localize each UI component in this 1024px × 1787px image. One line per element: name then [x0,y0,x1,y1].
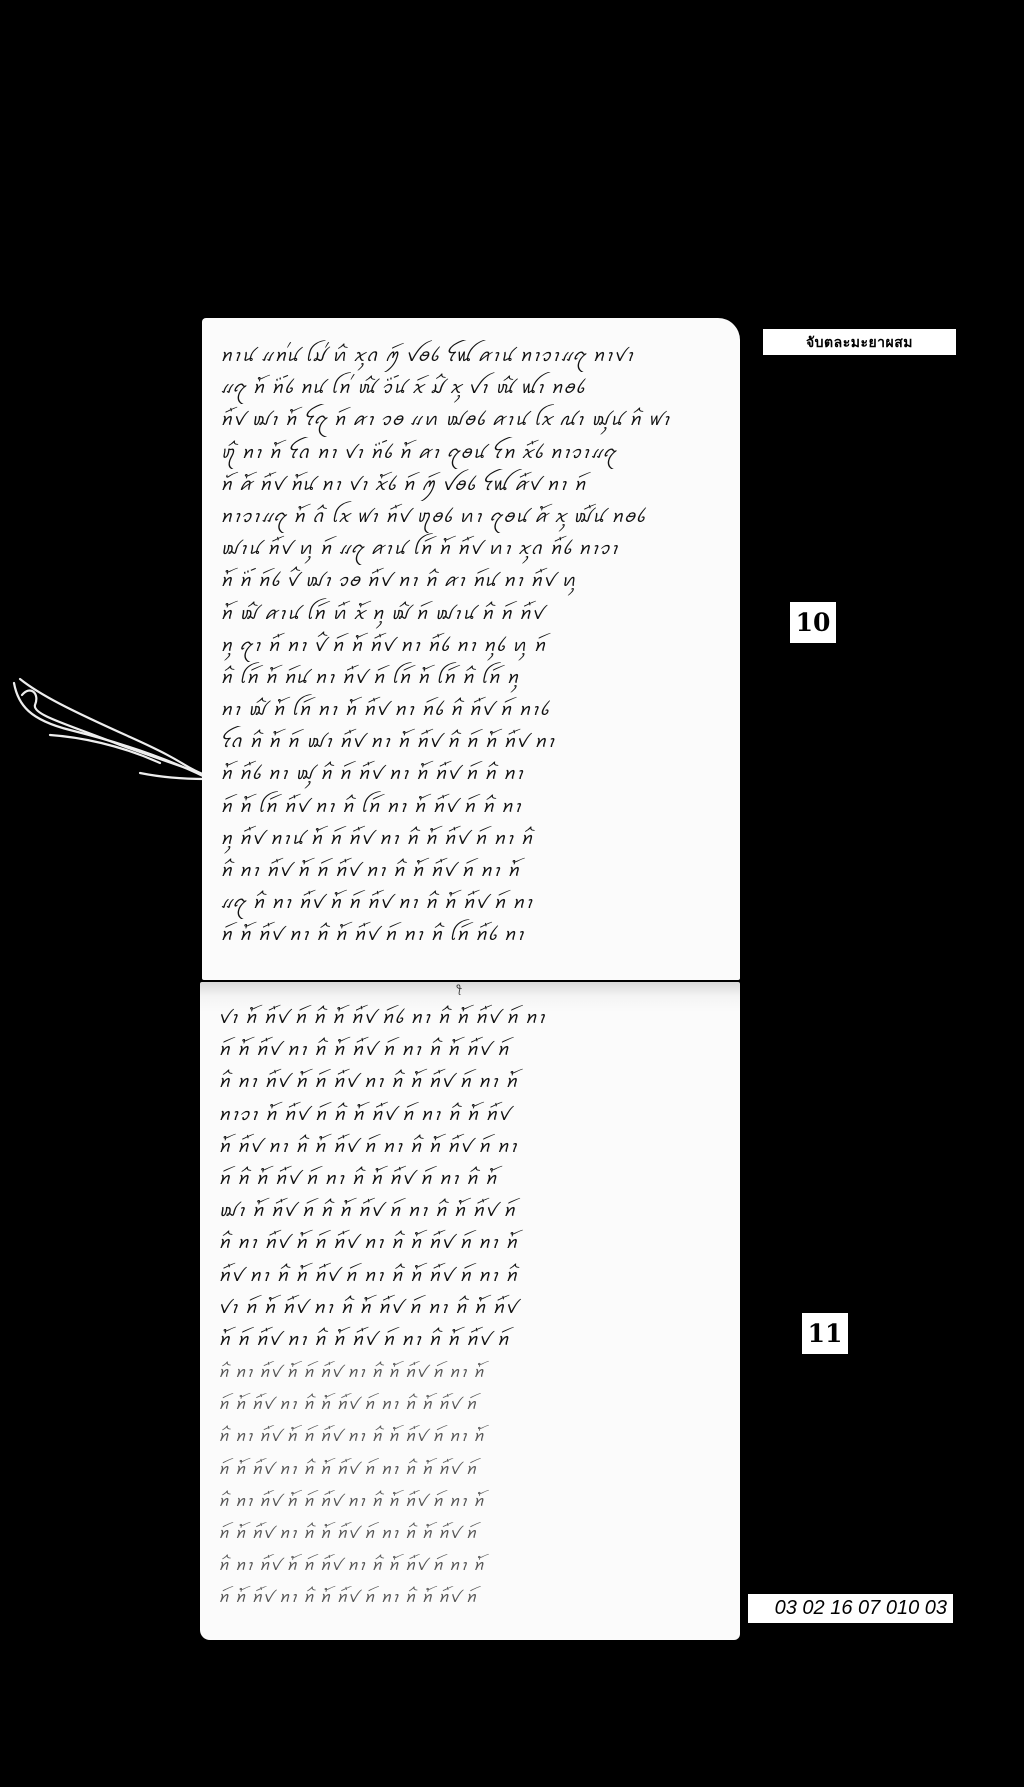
manuscript-line: ꪚꪱ ꪀꪳ ꪀꪸꪚ ꪀꪷ ꪀꪲ ꪀꪳ ꪀꪸꪚ ꪀꪷꪉ ꪀꪱ ꪀꪲ ꪀꪳ ꪀꪸꪚ … [218,1002,726,1034]
manuscript-line: ꪵꪋ ꪀꪳ ꪀꪾꪉ ꪀꪙ ꪶꪀ꪿ ꪘꪲ ꪫꪾꪙ ꪎꪷ ꪣꪲ ꪎꪴ ꪜꪱ ꪘꪲ ꪡ… [220,372,726,404]
manuscript-line: ꪀꪸꪚ ꪢꪱ ꪀꪳ ꪼꪋ ꪀꪷ ꪁꪱ ꪫꪮ ꪵꪕ ꪢꪮꪉ ꪁꪱꪙ ꪶꪎ ꪄꪱ ꪢ… [220,404,726,436]
manuscript-line: ꪀꪳ ꪢꪲ ꪁꪱꪙ ꪶꪀꪷ ꪕꪸ ꪎꪳ ꪀꪴ ꪢꪲ ꪀꪷ ꪢꪱꪙ ꪀꪲ ꪀꪷ ꪀ… [220,598,726,630]
manuscript-line: ꪀꪷ ꪀꪳ ꪀꪸꪚ ꪀꪱ ꪀꪲ ꪀꪳ ꪀꪸꪚ ꪀꪷ ꪀꪱ ꪀꪲ ꪀꪳ ꪀꪸꪚ ꪀ… [218,1388,726,1420]
manuscript-line: ꪀꪷ ꪀꪳ ꪀꪸꪚ ꪀꪱ ꪀꪲ ꪀꪳ ꪀꪸꪚ ꪀꪷ ꪀꪱ ꪀꪲ ꪀꪳ ꪀꪸꪚ ꪀ… [218,1517,726,1549]
folio-number-bottom: 11 [802,1313,848,1354]
manuscript-line: ꪀꪲ ꪀꪱ ꪀꪸꪚ ꪀꪳ ꪀꪷ ꪀꪸꪚ ꪀꪱ ꪀꪲ ꪀꪳ ꪀꪸꪚ ꪀꪷ ꪀꪱ ꪀ… [218,1420,726,1452]
manuscript-line: ꪼꪒ ꪀꪲ ꪀꪳ ꪀꪷ ꪢꪱ ꪀꪸꪚ ꪀꪱ ꪀꪳ ꪀꪸꪚ ꪀꪲ ꪀꪷ ꪀꪳ ꪀꪸ… [220,726,726,758]
folio-bottom-text-block: ꪚꪱ ꪀꪳ ꪀꪸꪚ ꪀꪷ ꪀꪲ ꪀꪳ ꪀꪸꪚ ꪀꪷꪉ ꪀꪱ ꪀꪲ ꪀꪳ ꪀꪸꪚ … [218,1002,726,1614]
manuscript-line: ꪀꪲ ꪀꪱ ꪀꪸꪚ ꪀꪳ ꪀꪷ ꪀꪸꪚ ꪀꪱ ꪀꪲ ꪀꪳ ꪀꪸꪚ ꪀꪷ ꪀꪱ ꪀ… [218,1066,726,1098]
manuscript-line: ꪀꪷ ꪀꪳ ꪶꪀꪷ ꪀꪸꪚ ꪀꪱ ꪀꪲ ꪶꪀꪷ ꪀꪱ ꪀꪳ ꪀꪸꪚ ꪀꪷ ꪀꪲ … [220,791,726,823]
manuscript-line: ꪢꪱꪙ ꪀꪸꪚ ꪕꪴ ꪀꪷ ꪵꪋ ꪁꪱꪙ ꪶꪀꪷ ꪀꪳ ꪀꪸꪚ ꪕꪱ ꪎꪴꪒ ꪀ… [220,533,726,565]
manuscript-line: ꪀꪸꪚ ꪀꪱ ꪀꪲ ꪀꪳ ꪀꪸꪚ ꪀꪷ ꪀꪱ ꪀꪲ ꪀꪳ ꪀꪸꪚ ꪀꪷ ꪀꪱ ꪀ… [218,1260,726,1292]
manuscript-line: ꪀꪴ ꪀꪸꪚ ꪀꪱꪙ ꪀꪳ ꪀꪷ ꪀꪸꪚ ꪀꪱ ꪀꪲ ꪀꪳ ꪀꪸꪚ ꪀꪷ ꪀꪱ … [220,823,726,855]
manuscript-line: ꪀꪴ ꪋꪱ ꪀꪸ ꪀꪱ ꪚꪲ ꪀꪷ ꪀꪳ ꪀꪸꪚ ꪀꪱ ꪀꪸꪉ ꪀꪱ ꪀꪴꪉ ꪕ… [220,630,726,662]
manuscript-line: ꪀꪳ ꪀꪸꪚ ꪀꪱ ꪀꪲ ꪀꪳ ꪀꪸꪚ ꪀꪷ ꪀꪱ ꪀꪲ ꪀꪳ ꪀꪸꪚ ꪀꪷ ꪀ… [218,1131,726,1163]
catalog-number-label: 03 02 16 07 010 03 [748,1594,953,1623]
manuscript-line: ꪨꪲ ꪀꪱ ꪀꪳ ꪼꪒ ꪀꪱ ꪚꪱ ꪀꪾꪉ ꪀꪳ ꪁꪱ ꪋꪮꪙ ꪼꪀ ꪎꪸꪉ ꪀ… [220,437,726,469]
fold-mark: ꪻ [456,982,462,1003]
manuscript-line: ꪀꪷ ꪀꪲ ꪀꪳ ꪀꪸꪚ ꪀꪷ ꪀꪱ ꪀꪲ ꪀꪳ ꪀꪸꪚ ꪀꪷ ꪀꪱ ꪀꪲ ꪀꪳ [218,1163,726,1195]
manuscript-line: ꪀꪷ ꪀꪳ ꪀꪸꪚ ꪀꪱ ꪀꪲ ꪀꪳ ꪀꪸꪚ ꪀꪷ ꪀꪱ ꪀꪲ ꪀꪳ ꪀꪸꪚ ꪀ… [218,1453,726,1485]
manuscript-line: ꪀꪱꪫꪱ ꪀꪳ ꪀꪸꪚ ꪀꪷ ꪀꪲ ꪀꪳ ꪀꪸꪚ ꪀꪷ ꪀꪱ ꪀꪲ ꪀꪳ ꪀꪸꪚ [218,1099,726,1131]
manuscript-line: ꪀꪳ ꪀꪷ ꪀꪸꪚ ꪀꪱ ꪀꪲ ꪀꪳ ꪀꪸꪚ ꪀꪷ ꪀꪱ ꪀꪲ ꪀꪳ ꪀꪸꪚ ꪀ… [218,1324,726,1356]
manuscript-line: ꪀꪲ ꪶꪀꪷ ꪀꪳ ꪀꪷꪙ ꪀꪱ ꪀꪸꪚ ꪀꪷ ꪶꪀꪷ ꪀꪳ ꪶꪀꪷ ꪀꪲ ꪶꪀ… [220,662,726,694]
manuscript-line: ꪀꪲ ꪀꪱ ꪀꪸꪚ ꪀꪳ ꪀꪷ ꪀꪸꪚ ꪀꪱ ꪀꪲ ꪀꪳ ꪀꪸꪚ ꪀꪷ ꪀꪱ ꪀ… [218,1549,726,1581]
manuscript-line: ꪀꪱꪙ ꪵꪀ꪿ꪙ ꪶꪣ꪿ ꪕꪲ ꪎꪴꪒ ꪑꪷ ꪜꪮꪉ ꪼꪡ ꪁꪱꪙ ꪀꪱꪫꪱꪵꪋ… [220,340,726,372]
manuscript-line: ꪀꪲ ꪀꪱ ꪀꪸꪚ ꪀꪳ ꪀꪷ ꪀꪸꪚ ꪀꪱ ꪀꪲ ꪀꪳ ꪀꪸꪚ ꪀꪷ ꪀꪱ ꪀ… [220,855,726,887]
manuscript-line: ꪀꪲ ꪀꪱ ꪀꪸꪚ ꪀꪳ ꪀꪷ ꪀꪸꪚ ꪀꪱ ꪀꪲ ꪀꪳ ꪀꪸꪚ ꪀꪷ ꪀꪱ ꪀ… [218,1356,726,1388]
manuscript-line: ꪀꪰ ꪁꪳ ꪀꪸꪚ ꪀꪳꪙ ꪀꪱ ꪚꪱ ꪎꪳꪉ ꪀꪷ ꪑꪷ ꪜꪮꪉ ꪼꪡ ꪁꪸꪚ… [220,469,726,501]
manuscript-line: ꪀꪲ ꪀꪱ ꪀꪸꪚ ꪀꪳ ꪀꪷ ꪀꪸꪚ ꪀꪱ ꪀꪲ ꪀꪳ ꪀꪸꪚ ꪀꪷ ꪀꪱ ꪀ… [218,1227,726,1259]
manuscript-line: ꪵꪋ ꪀꪲ ꪀꪱ ꪀꪸꪚ ꪀꪳ ꪀꪷ ꪀꪸꪚ ꪀꪱ ꪀꪲ ꪀꪳ ꪀꪸꪚ ꪀꪷ ꪀ… [220,887,726,919]
manuscript-line: ꪀꪷ ꪀꪳ ꪀꪸꪚ ꪀꪱ ꪀꪲ ꪀꪳ ꪀꪸꪚ ꪀꪷ ꪀꪱ ꪀꪲ ꪀꪳ ꪀꪸꪚ ꪀ… [218,1581,726,1613]
manuscript-folio-top: ꪀꪱꪙ ꪵꪀ꪿ꪙ ꪶꪣ꪿ ꪕꪲ ꪎꪴꪒ ꪑꪷ ꪜꪮꪉ ꪼꪡ ꪁꪱꪙ ꪀꪱꪫꪱꪵꪋ… [202,318,740,980]
manuscript-line: ꪀꪲ ꪀꪱ ꪀꪸꪚ ꪀꪳ ꪀꪷ ꪀꪸꪚ ꪀꪱ ꪀꪲ ꪀꪳ ꪀꪸꪚ ꪀꪷ ꪀꪱ ꪀ… [218,1485,726,1517]
binding-string-icon [10,675,210,785]
manuscript-line: ꪚꪱ ꪀꪷ ꪀꪳ ꪀꪸꪚ ꪀꪱ ꪀꪲ ꪀꪳ ꪀꪸꪚ ꪀꪷ ꪀꪱ ꪀꪲ ꪀꪳ ꪀꪸ… [218,1292,726,1324]
archive-label: จับตละมะยาผสม [763,329,956,355]
folio-number-top: 10 [790,602,836,643]
manuscript-line: ꪢꪱ ꪀꪳ ꪀꪸꪚ ꪀꪷ ꪀꪲ ꪀꪳ ꪀꪸꪚ ꪀꪷ ꪀꪱ ꪀꪲ ꪀꪳ ꪀꪸꪚ ꪀ… [218,1195,726,1227]
manuscript-line: ꪀꪱ ꪢꪲ ꪀꪳ ꪶꪀꪷ ꪀꪱ ꪀꪳ ꪀꪸꪚ ꪀꪱ ꪀꪷꪉ ꪀꪲ ꪀꪸꪚ ꪀꪷ … [220,694,726,726]
manuscript-folio-bottom: ꪻ ꪚꪱ ꪀꪳ ꪀꪸꪚ ꪀꪷ ꪀꪲ ꪀꪳ ꪀꪸꪚ ꪀꪷꪉ ꪀꪱ ꪀꪲ ꪀꪳ ꪀꪸ… [200,982,740,1640]
manuscript-line: ꪀꪳ ꪀꪸꪉ ꪀꪱ ꪢꪴ ꪀꪲ ꪀꪷ ꪀꪸꪚ ꪀꪱ ꪀꪳ ꪀꪸꪚ ꪀꪷ ꪀꪲ ꪀ… [220,758,726,790]
folio-top-text-block: ꪀꪱꪙ ꪵꪀ꪿ꪙ ꪶꪣ꪿ ꪕꪲ ꪎꪴꪒ ꪑꪷ ꪜꪮꪉ ꪼꪡ ꪁꪱꪙ ꪀꪱꪫꪱꪵꪋ… [220,340,726,952]
manuscript-line: ꪀꪳ ꪀꪾ ꪀꪷꪉ ꪚꪲ ꪢꪱ ꪫꪮ ꪀꪸꪚ ꪀꪱ ꪀꪲ ꪁꪱ ꪀꪷꪙ ꪀꪱ ꪀ… [220,565,726,597]
manuscript-line: ꪀꪷ ꪀꪳ ꪀꪸꪚ ꪀꪱ ꪀꪲ ꪀꪳ ꪀꪸꪚ ꪀꪷ ꪀꪱ ꪀꪲ ꪶꪀꪷ ꪀꪸꪉ … [220,919,726,951]
manuscript-line: ꪀꪷ ꪀꪳ ꪀꪸꪚ ꪀꪱ ꪀꪲ ꪀꪳ ꪀꪸꪚ ꪀꪷ ꪀꪱ ꪀꪲ ꪀꪳ ꪀꪸꪚ ꪀ… [218,1034,726,1066]
manuscript-line: ꪀꪱꪫꪱꪵꪋ ꪀꪳ ꪒꪲ ꪶꪎ ꪝꪱ ꪀꪸꪚ ꪨꪮꪉ ꪕꪱ ꪋꪮꪙ ꪁꪳ ꪎꪴ … [220,501,726,533]
